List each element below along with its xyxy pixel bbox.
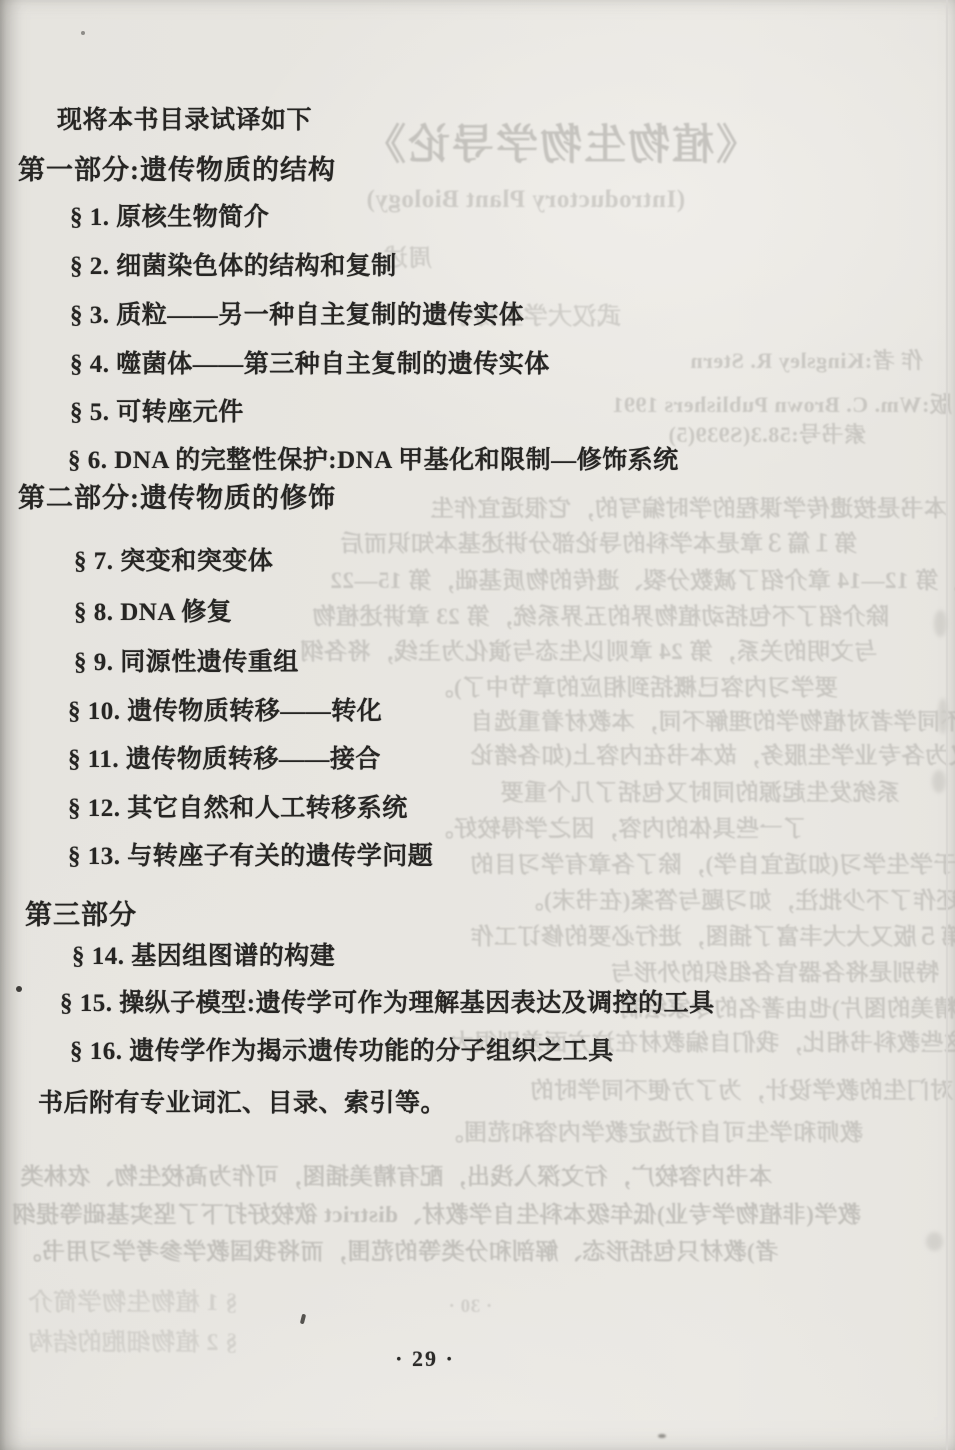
toc-item-5: § 5. 可转座元件	[70, 392, 244, 428]
bleed-verso-paragraph-line: 本书内容较广，行文深入浅出，配有精美插图，可作为高校生物、农林类	[20, 1158, 772, 1191]
bleed-verso-paragraph-line: 教师和学生可自行选定教学内容和范围。	[440, 1114, 863, 1147]
toc-item-13: § 13. 与转座子有关的遗传学问题	[68, 836, 433, 872]
bleed-verso-paragraph-line: 与文明的关系，第 24 章则以生态与演化为主线，将各纲	[300, 633, 877, 666]
bleed-verso-paragraph-line: 要学习内容已概括到相应的章节中了)。	[430, 669, 838, 702]
bleed-verso-paragraph-line: 除介绍了不包括动植物界的五界系统，第 23 章讲述植物	[312, 598, 889, 631]
toc-item-2: § 2. 细菌染色体的结构和复制	[70, 246, 397, 282]
bleed-verso-toc-line-1: § 1 植物生物学简介	[28, 1282, 238, 1317]
bleed-verso-paragraph-line: 对门生的教学设计，为了方便不同学时的	[530, 1072, 953, 1105]
intro-line: 现将本书目录试译如下	[57, 100, 312, 136]
toc-item-12: § 12. 其它自然和人工转移系统	[68, 788, 408, 824]
bleed-verso-paragraph-line: 本书是按遗传学课程的学时编写的，它很适宜作生	[430, 490, 947, 523]
ink-dot-artifact	[16, 986, 22, 992]
part-1-heading: 第一部分:遗传物质的结构	[18, 148, 336, 187]
toc-item-4: § 4. 噬菌体——第三种自主复制的遗传实体	[70, 344, 550, 380]
toc-item-14: § 14. 基因组图谱的构建	[72, 936, 335, 972]
bleed-verso-paragraph-line: 为了便于学生学习(如适宜自学)，除了各章有学习目的	[470, 846, 955, 879]
bleed-verso-page-number: · 30 ·	[448, 1296, 492, 1318]
bleed-verso-paragraph-line: 者)教材只包括形态、解剖和分类等的范围，而将我国教学参考学习用书。	[18, 1233, 778, 1266]
toc-item-8: § 8. DNA 修复	[74, 592, 232, 628]
bleed-verso-author-line: 作 者:Kingsley R. Stern	[690, 344, 923, 375]
bleed-verso-title: 《植物生物学导论》	[362, 112, 758, 172]
toc-item-6: § 6. DNA 的完整性保护:DNA 甲基化和限制—修饰系统	[68, 440, 679, 476]
toc-item-16: § 16. 遗传学作为揭示遗传功能的分子组织之工具	[70, 1031, 614, 1067]
bleed-verso-paragraph-line: 第１篇３章是本学科的导论部分讲述基本知识而后	[340, 525, 857, 558]
edge-smudge-3	[932, 770, 946, 793]
speck-artifact-1	[81, 31, 85, 35]
toc-item-9: § 9. 同源性遗传重组	[74, 642, 299, 678]
toc-item-7: § 7. 突变和突变体	[74, 541, 273, 577]
bleed-verso-callnumber-line: 索书号:58.3(S939(5)	[668, 418, 866, 449]
stray-mark-artifact	[300, 1314, 306, 1325]
speck-artifact-2	[658, 1434, 666, 1438]
toc-item-3: § 3. 质粒——另一种自主复制的遗传实体	[70, 295, 524, 331]
toc-item-1: § 1. 原核生物简介	[70, 197, 269, 233]
bleed-verso-publisher-line: 出 版:Wm. C. Brown Publishers 1991	[612, 388, 955, 419]
bleed-verso-paragraph-line: 教学(非植物学专业)低年级本科生自学教材、district 欲较好打下了坚实基础…	[12, 1196, 861, 1229]
toc-item-10: § 10. 遗传物质转移——转化	[68, 691, 382, 727]
bleed-verso-paragraph-line: 了一些具体的内容，因之学得较好。	[430, 810, 806, 843]
bleed-verso-paragraph-line: 系统发生起源的同时又包括了几个重要	[500, 774, 900, 807]
bleed-verso-paragraph-line: 习外，作者还作了不少批注，如习题与答案(在书末)。	[520, 882, 955, 915]
bleed-verso-paragraph-line: 篇、第 12—14 章介绍了减数分裂、遗传的物质基础，第 15—22	[330, 562, 955, 595]
toc-item-11: § 11. 遗传物质转移——接合	[68, 739, 381, 775]
bleed-verso-paragraph-line: 念学性，又为各专业学生服务，故本书在内容上(如各绪论	[470, 737, 955, 770]
edge-smudge-4	[926, 1232, 943, 1251]
edge-smudge-2	[938, 698, 948, 734]
toc-item-15: § 15. 操纵子模型:遗传学可作为理解基因表达及调控的工具	[60, 983, 715, 1019]
part-3-heading: 第三部分	[25, 893, 137, 932]
part-2-heading: 第二部分:遗传物质的修饰	[18, 476, 336, 515]
bleed-verso-paragraph-line: 由于不同学者对植物学的理解不同，本教材着重选自	[470, 703, 955, 736]
bleed-verso-subtitle: (Introductory Plant Biology)	[366, 186, 685, 214]
closing-line: 书后附有专业词汇、目录、索引等。	[38, 1083, 446, 1119]
edge-smudge-1	[934, 610, 947, 637]
bleed-verso-paragraph-line: 外，第５版又大大丰富了插图，进行必要的修订工作	[470, 918, 955, 951]
scanned-document-page: 《植物生物学导论》 (Introductory Plant Biology) 周…	[0, 0, 955, 1450]
page-number: · 29 ·	[0, 1346, 850, 1372]
